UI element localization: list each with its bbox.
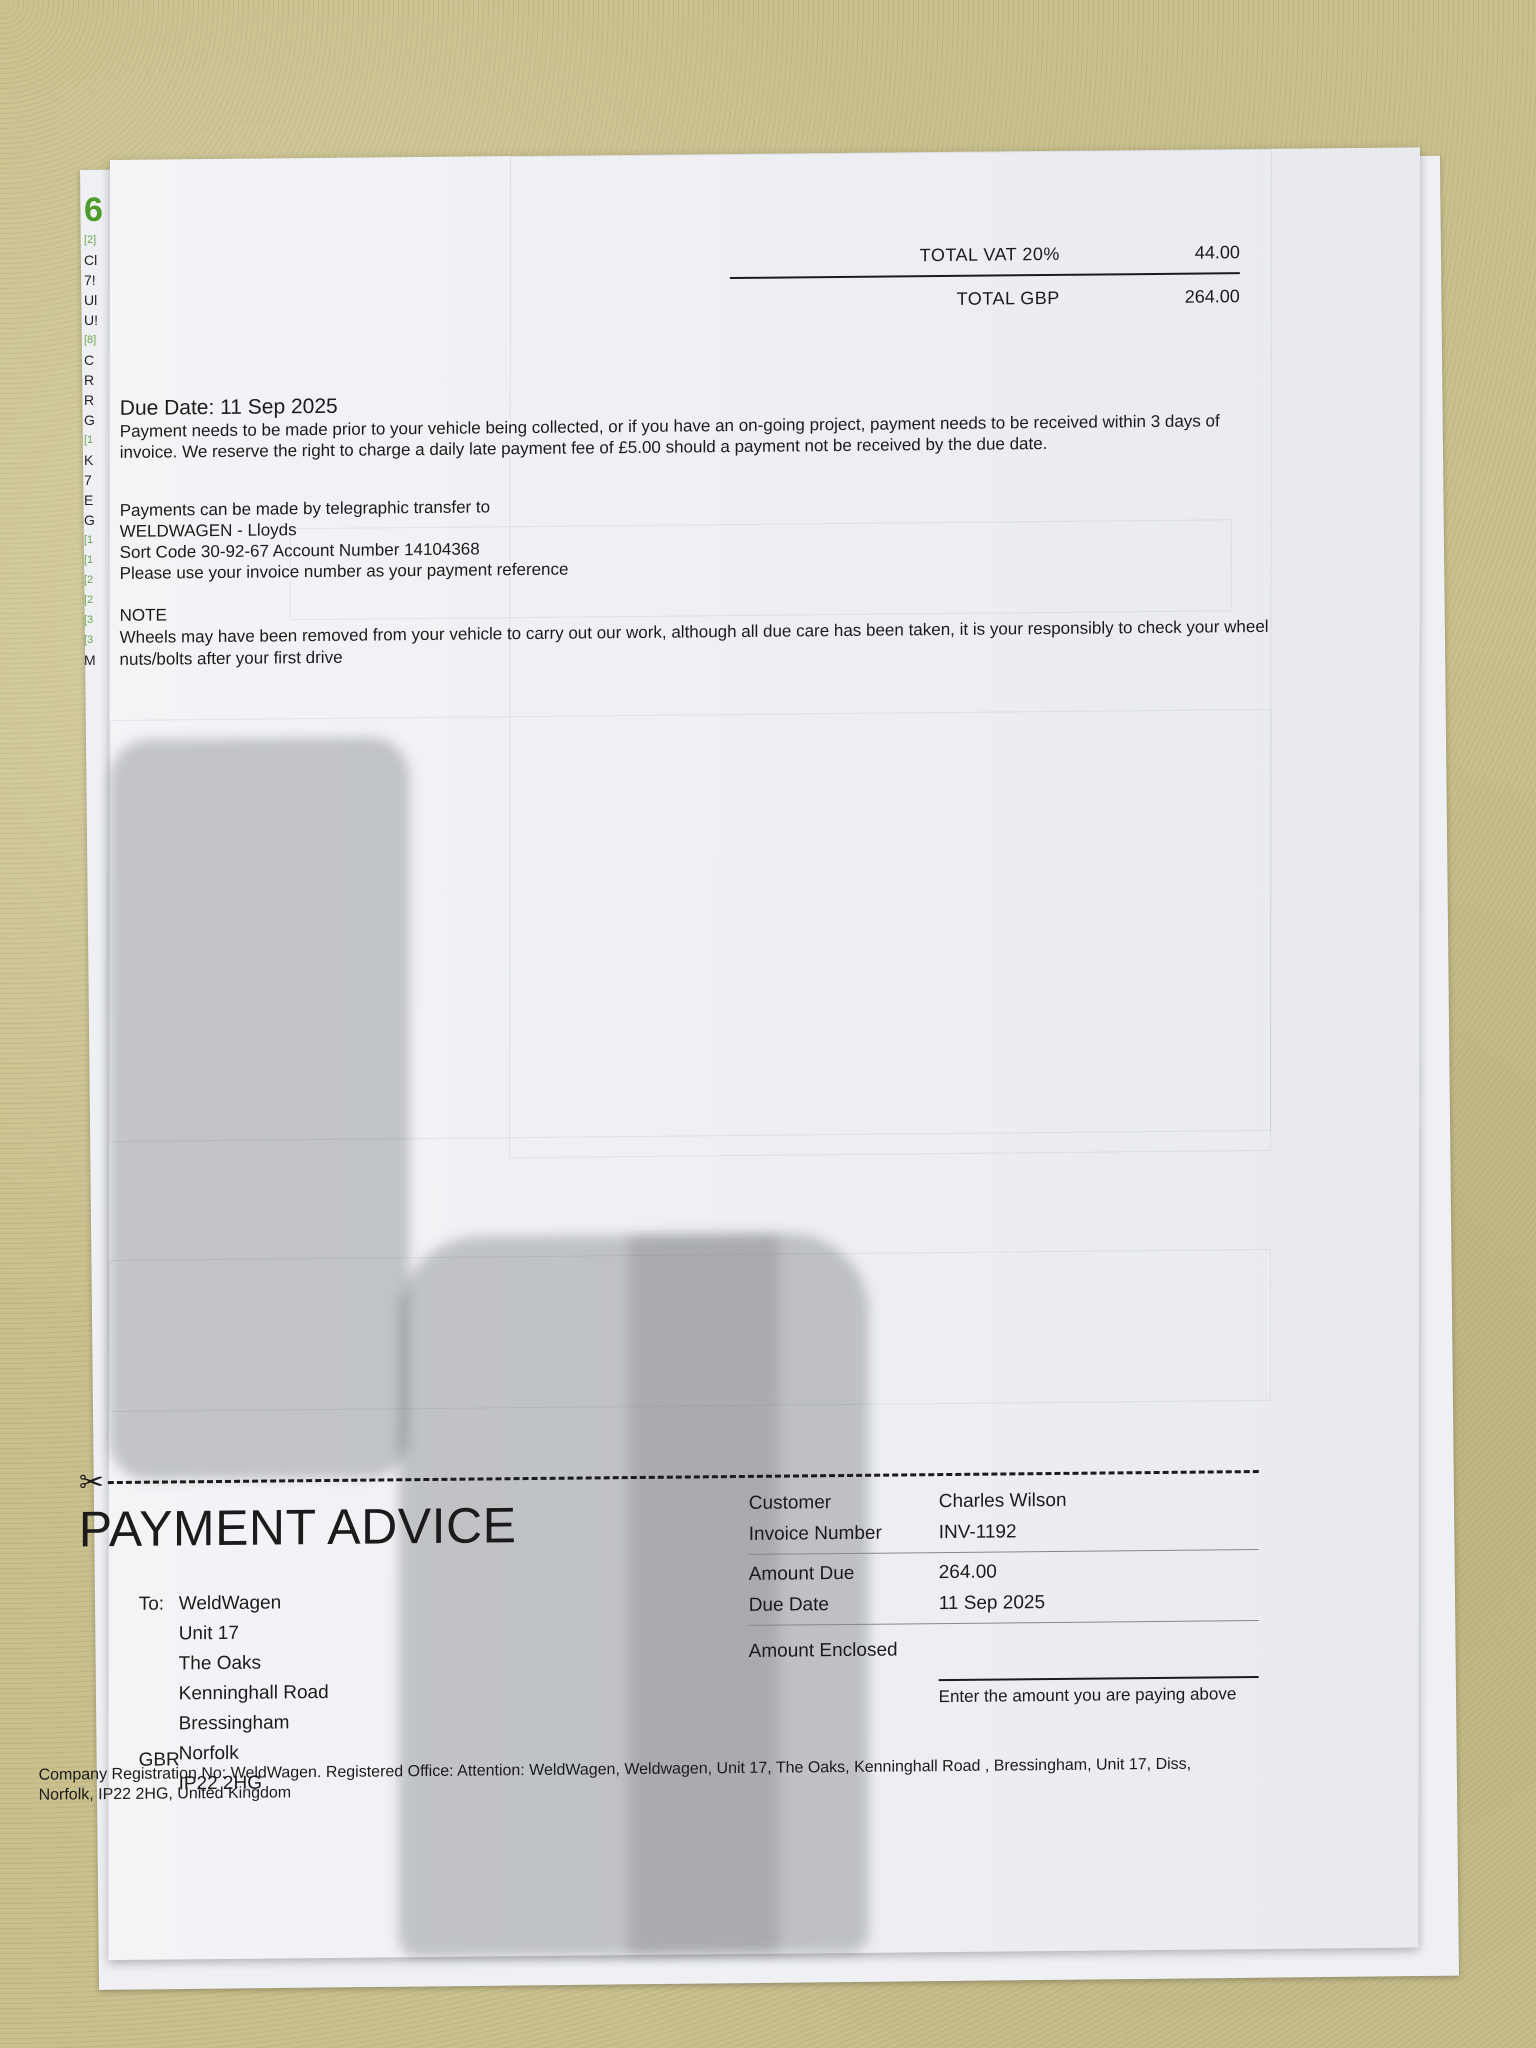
edge-char: [3 <box>84 630 110 650</box>
invoice-page: TOTAL VAT 20% 44.00 TOTAL GBP 264.00 Due… <box>108 147 1420 1960</box>
edge-char: [8] <box>84 330 110 350</box>
to-label: To: <box>139 1589 179 1619</box>
customer-value: Charles Wilson <box>939 1489 1067 1512</box>
payment-advice-details: CustomerCharles Wilson Invoice NumberINV… <box>749 1479 1259 1709</box>
due-date-section: Due Date: 11 Sep 2025 Payment needs to b… <box>120 387 1260 463</box>
edge-char: 7! <box>84 270 110 290</box>
edge-char: [1 <box>84 550 110 570</box>
invoice-number-value: INV-1192 <box>939 1521 1017 1544</box>
total-row: TOTAL GBP 264.00 <box>730 278 1240 319</box>
edge-char: R <box>84 370 110 390</box>
amount-group: Amount Due264.00 Due Date11 Sep 2025 <box>749 1550 1259 1626</box>
total-value: 264.00 <box>1170 286 1240 308</box>
edge-char: E <box>84 490 110 510</box>
edge-char: C <box>84 350 110 370</box>
edge-char: Ul <box>84 290 110 310</box>
amount-enclosed-label: Amount Enclosed <box>749 1639 939 1663</box>
edge-char: 7 <box>84 470 110 490</box>
address-line: WeldWagen <box>179 1592 281 1614</box>
address-line: Bressingham <box>139 1708 329 1740</box>
edge-char: [3 <box>84 610 110 630</box>
amount-enclosed-hint: Enter the amount you are paying above <box>939 1684 1259 1707</box>
payment-instructions: Payments can be made by telegraphic tran… <box>120 496 569 584</box>
underlying-page-edge: 6 [2]Cl7!UlU![8]CRRG[1K7EG[1[1[2[2[3[3M <box>84 190 110 1290</box>
amount-enclosed-field[interactable] <box>939 1662 1259 1681</box>
address-country: GBR <box>139 1750 180 1770</box>
due-date-value: 11 Sep 2025 <box>939 1592 1045 1615</box>
address-line: The Oaks <box>139 1648 329 1680</box>
amount-due-label: Amount Due <box>749 1562 939 1586</box>
edge-char: [1 <box>84 430 110 450</box>
amount-enclosed-group: Amount Enclosed Enter the amount you are… <box>749 1631 1259 1709</box>
edge-char: K <box>84 450 110 470</box>
hand-shadow <box>109 737 410 1480</box>
totals-block: TOTAL VAT 20% 44.00 TOTAL GBP 264.00 <box>730 234 1240 319</box>
amount-due-value: 264.00 <box>939 1561 997 1584</box>
edge-char: [1 <box>84 530 110 550</box>
note-section: NOTE Wheels may have been removed from y… <box>120 594 1270 671</box>
due-date-label: Due Date <box>749 1593 939 1617</box>
total-label: TOTAL GBP <box>957 287 1060 309</box>
edge-char: [2] <box>84 230 110 250</box>
address-line: Kenninghall Road <box>139 1678 329 1710</box>
edge-char: U! <box>84 310 110 330</box>
vat-value: 44.00 <box>1170 242 1240 264</box>
edge-char: G <box>84 510 110 530</box>
customer-group: CustomerCharles Wilson Invoice NumberINV… <box>749 1479 1259 1555</box>
payment-advice-title: PAYMENT ADVICE <box>79 1496 517 1558</box>
edge-char: M <box>84 650 110 670</box>
edge-char: [2 <box>84 570 110 590</box>
invoice-number-label: Invoice Number <box>749 1522 939 1546</box>
vat-row: TOTAL VAT 20% 44.00 <box>730 234 1240 275</box>
edge-char: G <box>84 410 110 430</box>
address-line: Unit 17 <box>139 1618 329 1650</box>
customer-label: Customer <box>749 1491 939 1515</box>
vat-label: TOTAL VAT 20% <box>920 243 1060 265</box>
logo-fragment: 6 <box>84 190 110 230</box>
edge-text: [2]Cl7!UlU![8]CRRG[1K7EG[1[1[2[2[3[3M <box>84 230 110 670</box>
edge-char: Cl <box>84 250 110 270</box>
edge-char: R <box>84 390 110 410</box>
scissors-icon: ✂ <box>79 1465 104 1500</box>
payment-reference-instruction: Please use your invoice number as your p… <box>120 559 569 584</box>
edge-char: [2 <box>84 590 110 610</box>
